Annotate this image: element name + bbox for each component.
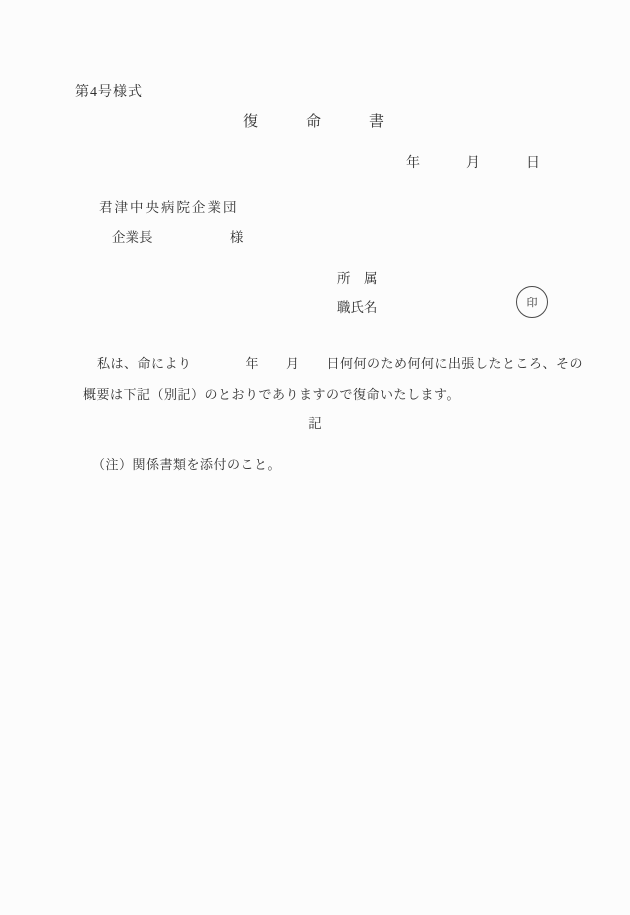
month-label: 月 (466, 152, 480, 172)
day-label: 日 (526, 152, 540, 172)
document-title: 復命書 (243, 110, 432, 131)
addressee-title: 企業長 (112, 230, 153, 245)
date-line: 年 月 日 (406, 152, 540, 172)
record-heading: 記 (0, 412, 630, 432)
seal-label: 印 (527, 294, 538, 310)
body-line-2: 概要は下記（別記）のとおりでありますので復命いたします。 (83, 384, 460, 403)
attachment-note: （注）関係書類を添付のこと。 (92, 454, 281, 473)
addressee-title-row: 企業長 様 (112, 226, 243, 246)
affiliation-label: 所 属 (337, 267, 378, 287)
body-line-1: 私は、命により 年 月 日何何のため何何に出張したところ、その (97, 353, 583, 372)
year-label: 年 (406, 152, 420, 172)
document-page: 第4号様式 復命書 年 月 日 君津中央病院企業団 企業長 様 所 属 職氏名 … (0, 0, 630, 915)
name-label: 職氏名 (337, 296, 378, 316)
seal-stamp: 印 (516, 286, 548, 318)
addressee-organization: 君津中央病院企業団 (99, 196, 239, 216)
form-number: 第4号様式 (75, 81, 143, 101)
honorific-label: 様 (230, 226, 244, 246)
